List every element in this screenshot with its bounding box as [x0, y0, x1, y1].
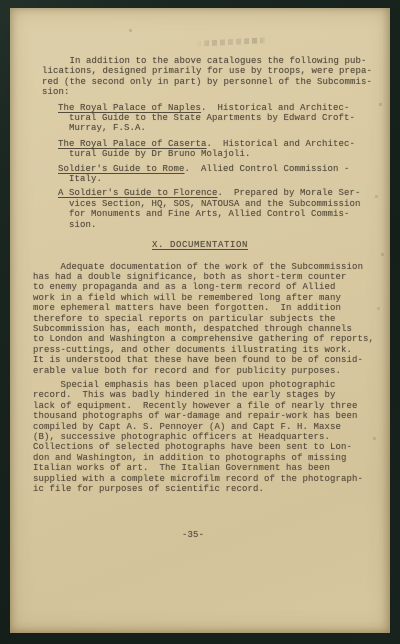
page-number: -35-: [10, 530, 390, 540]
publication-title: The Royal Palace of Naples: [58, 103, 201, 113]
body-paragraph-documentation: Adequate documentation of the work of th…: [33, 262, 383, 376]
scanned-page: In addition to the above catalogues the …: [10, 8, 390, 633]
publication-entry-naples: The Royal Palace of Naples. Historical a…: [58, 103, 378, 134]
publication-entry-florence: A Soldier's Guide to Florence. Prepared …: [58, 188, 378, 230]
publication-title: A Soldier's Guide to Florence: [58, 188, 218, 198]
publication-title: The Royal Palace of Caserta: [58, 139, 207, 149]
intro-paragraph: In addition to the above catalogues the …: [42, 56, 382, 98]
publication-entry-caserta: The Royal Palace of Caserta. Historical …: [58, 139, 378, 160]
publication-entry-rome: Soldier's Guide to Rome. Allied Control …: [58, 164, 378, 185]
publication-title: Soldier's Guide to Rome: [58, 164, 185, 174]
section-heading: X. DOCUMENTATION: [152, 240, 248, 250]
body-paragraph-photographic: Special emphasis has been placed upon ph…: [33, 380, 383, 494]
page-content: In addition to the above catalogues the …: [10, 8, 390, 633]
section-heading-row: X. DOCUMENTATION: [10, 240, 390, 250]
